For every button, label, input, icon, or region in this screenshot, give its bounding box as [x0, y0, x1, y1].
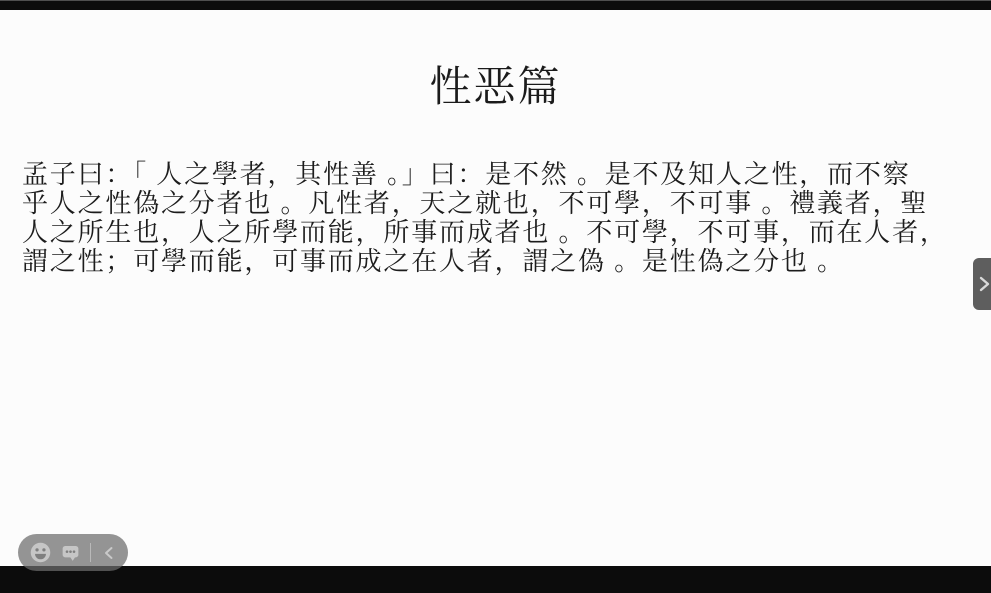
slide-body-paragraph: 孟子曰：「 人之學者，其性善 。」曰：是不然 。是不及知人之性，而不察 乎人之性…	[22, 160, 971, 276]
chevron-right-icon	[977, 276, 991, 292]
body-line: 孟子曰：「 人之學者，其性善 。」曰：是不然 。是不及知人之性，而不察	[22, 160, 971, 189]
slide-canvas: 性恶篇 孟子曰：「 人之學者，其性善 。」曰：是不然 。是不及知人之性，而不察 …	[0, 10, 991, 566]
reactions-button[interactable]	[25, 534, 55, 571]
slide-title: 性恶篇	[0, 64, 991, 112]
pill-divider	[90, 543, 91, 562]
body-line: 乎人之性偽之分者也 。凡性者，天之就也，不可學，不可事 。禮義者，聖	[22, 189, 971, 218]
presentation-viewport: 性恶篇 孟子曰：「 人之學者，其性善 。」曰：是不然 。是不及知人之性，而不察 …	[0, 0, 991, 593]
collapse-toolbar-button[interactable]	[94, 534, 124, 571]
chat-bubble-icon	[60, 542, 81, 563]
body-line: 謂之性；可學而能，可事而成之在人者，謂之偽 。是性偽之分也 。	[22, 247, 971, 276]
chevron-left-icon	[103, 546, 115, 560]
bottom-letterbox-bar	[0, 566, 991, 593]
smiley-face-icon	[29, 541, 52, 564]
chat-button[interactable]	[55, 534, 85, 571]
next-slide-button[interactable]	[973, 258, 991, 310]
body-line: 人之所生也，人之所學而能，所事而成者也 。不可學，不可事，而在人者，	[22, 218, 971, 247]
presenter-control-pill	[18, 534, 128, 571]
top-letterbox-bar	[0, 0, 991, 10]
